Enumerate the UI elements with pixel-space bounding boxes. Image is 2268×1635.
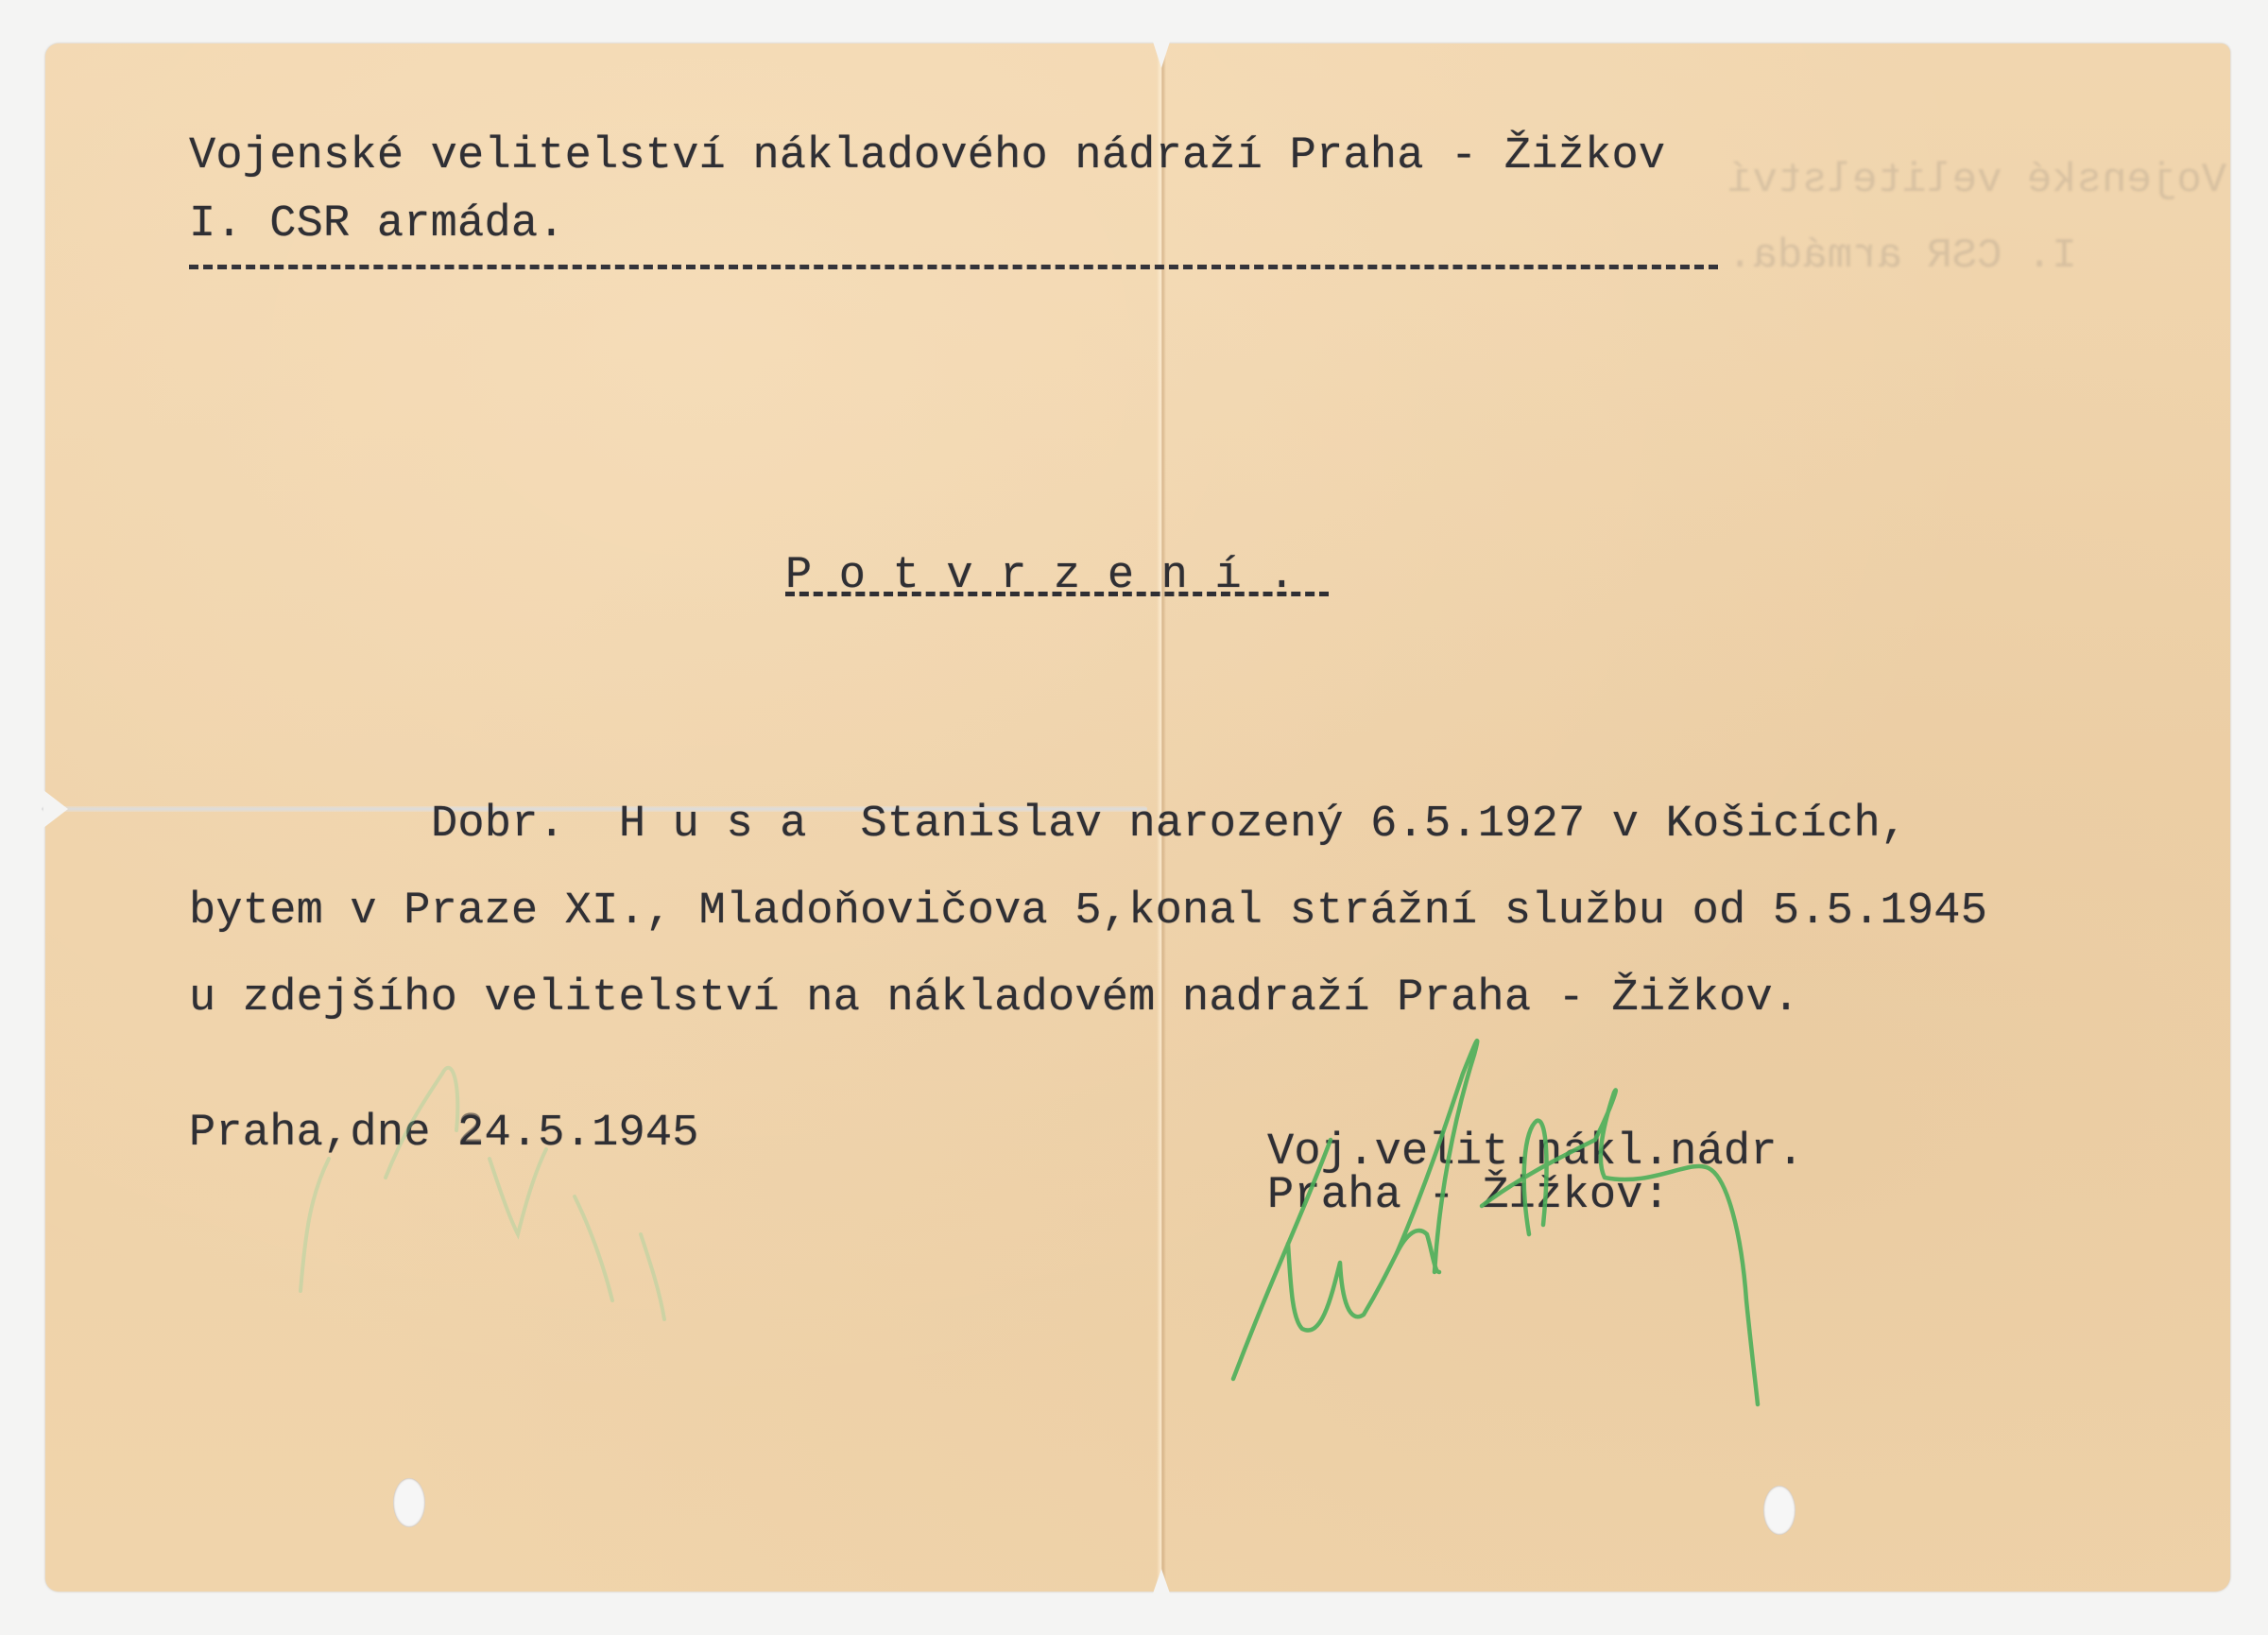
- document-paper: Vojenské velitelství I. CSR armáda. Voje…: [45, 43, 2230, 1592]
- handwritten-signature: [45, 43, 2230, 1592]
